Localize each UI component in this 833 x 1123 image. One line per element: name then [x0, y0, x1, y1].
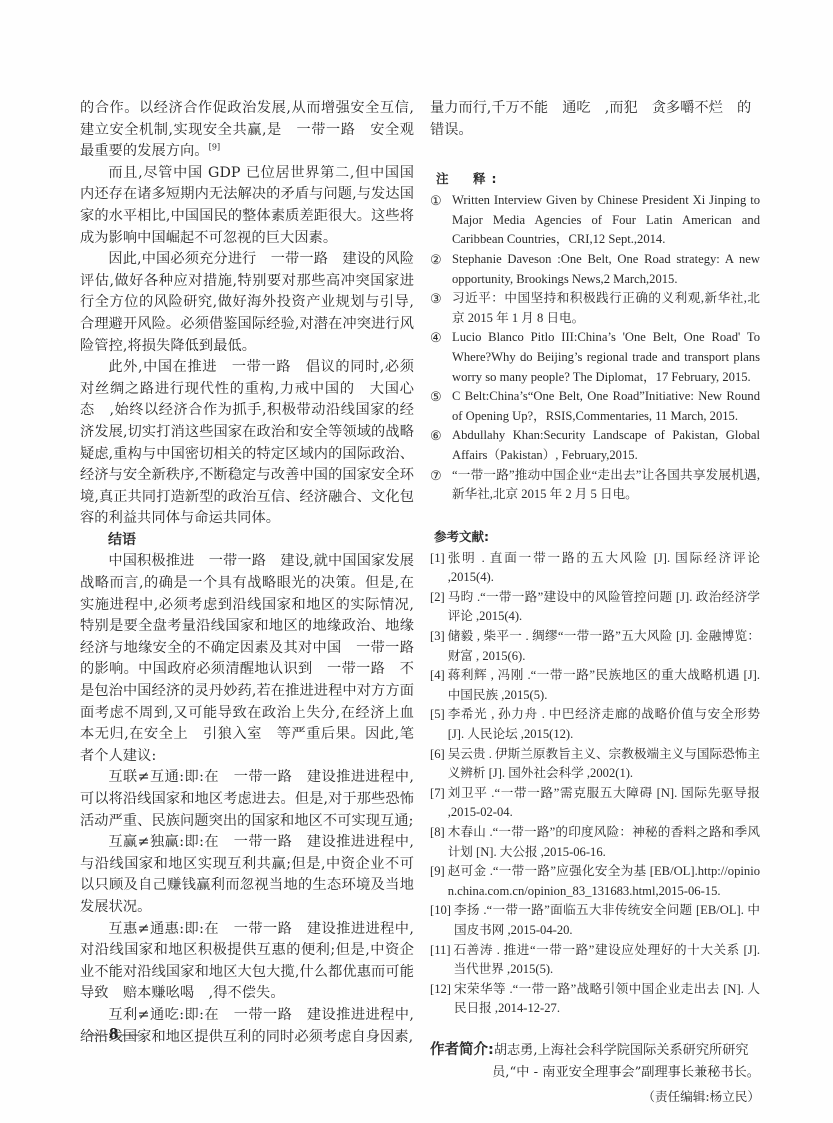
reference-text: 马昀 .“一带一路”建设中的风险管控问题 [J]. 政治经济学评论 ,2015(…	[448, 588, 760, 627]
paragraph-text: 的合作。以经济合作促政治发展,从而增强安全互信,建立安全机制,实现安全共赢,是 …	[80, 100, 414, 159]
reference-number: [6]	[430, 745, 448, 784]
note-item: ⑦“一带一路”推动中国企业“走出去”让各国共享发展机遇,新华社,北京 2015 …	[430, 466, 760, 505]
reference-item: [9]赵可金 .“一带一路”应强化安全为基 [EB/OL].http://opi…	[430, 862, 760, 901]
note-number: ③	[430, 289, 452, 328]
reference-number: [9]	[430, 862, 448, 901]
note-text: Abdullahy Khan:Security Landscape of Pak…	[452, 426, 760, 465]
reference-text: 蒋利辉 , 冯刚 .“一带一路”民族地区的重大战略机遇 [J]. 中国民族 ,2…	[448, 666, 760, 705]
reference-item: [2]马昀 .“一带一路”建设中的风险管控问题 [J]. 政治经济学评论 ,20…	[430, 588, 760, 627]
note-item: ③习近平：中国坚持和积极践行正确的义利观,新华社,北京 2015 年 1 月 8…	[430, 289, 760, 328]
reference-text: 李扬 .“一带一路”面临五大非传统安全问题 [EB/OL]. 中国皮书网 ,20…	[454, 901, 760, 940]
reference-number: [5]	[430, 705, 448, 744]
page-number-dash-left: —	[88, 1024, 105, 1043]
reference-text: 宋荣华等 .“一带一路”战略引领中国企业走出去 [N]. 人民日报 ,2014-…	[454, 980, 760, 1019]
page-number-dash-right: —	[122, 1024, 139, 1043]
note-item: ⑤C Belt:China’s“One Belt, One Road”Initi…	[430, 387, 760, 426]
note-number: ④	[430, 328, 452, 387]
note-text: C Belt:China’s“One Belt, One Road”Initia…	[452, 387, 760, 426]
note-item: ②Stephanie Daveson :One Belt, One Road s…	[430, 250, 760, 289]
reference-text: 木春山 .“一带一路”的印度风险：神秘的香料之路和季风计划 [N]. 大公报 ,…	[448, 823, 760, 862]
author-bio-line: 作者简介:胡志勇,上海社会科学院国际关系研究所研究	[430, 1039, 760, 1062]
note-text: Lucio Blanco Pitlo III:China’s 'One Belt…	[452, 328, 760, 387]
reference-item: [1]张明 . 直面一带一路的五大风险 [J]. 国际经济评论 ,2015(4)…	[430, 549, 760, 588]
note-number: ②	[430, 250, 452, 289]
reference-item: [11]石善涛 . 推进“一带一路”建设应处理好的十大关系 [J]. 当代世界 …	[430, 941, 760, 980]
section-heading: 结语	[80, 530, 414, 552]
continuation-paragraph: 量力而行,千万不能 通吃 ,而犯 贪多嚼不烂 的错误。	[430, 98, 760, 141]
reference-number: [4]	[430, 666, 448, 705]
reference-number: [10]	[430, 901, 454, 940]
note-item: ①Written Interview Given by Chinese Pres…	[430, 191, 760, 250]
note-number: ⑤	[430, 387, 452, 426]
reference-item: [4]蒋利辉 , 冯刚 .“一带一路”民族地区的重大战略机遇 [J]. 中国民族…	[430, 666, 760, 705]
note-text: Written Interview Given by Chinese Presi…	[452, 191, 760, 250]
reference-number: [2]	[430, 588, 448, 627]
author-bio-line: 员,“中 - 南亚安全理事会”副理事长兼秘书长。	[430, 1062, 760, 1084]
note-item: ⑥Abdullahy Khan:Security Landscape of Pa…	[430, 426, 760, 465]
reference-item: [12]宋荣华等 .“一带一路”战略引领中国企业走出去 [N]. 人民日报 ,2…	[430, 980, 760, 1019]
reference-number: [12]	[430, 980, 454, 1019]
page-number-value: 8	[109, 1024, 118, 1043]
document-page: 的合作。以经济合作促政治发展,从而增强安全互信,建立安全机制,实现安全共赢,是 …	[0, 0, 833, 1123]
reference-item: [3]储毅 , 柴平一 . 绸缪“一带一路”五大风险 [J]. 金融博览：财富 …	[430, 627, 760, 666]
body-paragraph: 的合作。以经济合作促政治发展,从而增强安全互信,建立安全机制,实现安全共赢,是 …	[80, 98, 414, 163]
body-paragraph: 互联≠互通:即:在 一带一路 建设推进进程中,可以将沿线国家和地区考虑进去。但是…	[80, 767, 414, 832]
body-paragraph: 因此,中国必须充分进行 一带一路 建设的风险评估,做好各种应对措施,特别要对那些…	[80, 249, 414, 357]
author-bio: 作者简介:胡志勇,上海社会科学院国际关系研究所研究 员,“中 - 南亚安全理事会…	[430, 1039, 760, 1108]
reference-text: 吴云贵 . 伊斯兰原教旨主义、宗教极端主义与国际恐怖主义辨析 [J]. 国外社会…	[448, 745, 760, 784]
reference-number: [7]	[430, 784, 448, 823]
note-number: ⑥	[430, 426, 452, 465]
body-paragraph: 而且,尽管中国 GDP 已位居世界第二,但中国国内还存在诸多短期内无法解决的矛盾…	[80, 163, 414, 249]
notes-list: ①Written Interview Given by Chinese Pres…	[430, 191, 760, 505]
notes-heading: 注 释:	[436, 169, 760, 187]
reference-text: 赵可金 .“一带一路”应强化安全为基 [EB/OL].http://opinio…	[448, 862, 760, 901]
references-list: [1]张明 . 直面一带一路的五大风险 [J]. 国际经济评论 ,2015(4)…	[430, 549, 760, 1019]
note-number: ⑦	[430, 466, 452, 505]
reference-text: 李希光 , 孙力舟 . 中巴经济走廊的战略价值与安全形势 [J]. 人民论坛 ,…	[448, 705, 760, 744]
note-text: “一带一路”推动中国企业“走出去”让各国共享发展机遇,新华社,北京 2015 年…	[452, 466, 760, 505]
reference-number: [3]	[430, 627, 448, 666]
reference-item: [5]李希光 , 孙力舟 . 中巴经济走廊的战略价值与安全形势 [J]. 人民论…	[430, 705, 760, 744]
reference-number: [8]	[430, 823, 448, 862]
reference-text: 石善涛 . 推进“一带一路”建设应处理好的十大关系 [J]. 当代世界 ,201…	[454, 941, 760, 980]
author-bio-text: 胡志勇,上海社会科学院国际关系研究所研究	[494, 1043, 749, 1058]
citation-marker: [9]	[209, 142, 221, 151]
body-paragraph: 此外,中国在推进 一带一路 倡议的同时,必须对丝绸之路进行现代性的重构,力戒中国…	[80, 357, 414, 530]
reference-number: [11]	[430, 941, 454, 980]
note-item: ④Lucio Blanco Pitlo III:China’s 'One Bel…	[430, 328, 760, 387]
reference-item: [8]木春山 .“一带一路”的印度风险：神秘的香料之路和季风计划 [N]. 大公…	[430, 823, 760, 862]
reference-text: 张明 . 直面一带一路的五大风险 [J]. 国际经济评论 ,2015(4).	[448, 549, 760, 588]
references-heading: 参考文献:	[434, 527, 760, 545]
right-column: 量力而行,千万不能 通吃 ,而犯 贪多嚼不烂 的错误。 注 释: ①Writte…	[430, 98, 760, 1108]
reference-text: 储毅 , 柴平一 . 绸缪“一带一路”五大风险 [J]. 金融博览：财富 , 2…	[448, 627, 760, 666]
reference-item: [6]吴云贵 . 伊斯兰原教旨主义、宗教极端主义与国际恐怖主义辨析 [J]. 国…	[430, 745, 760, 784]
reference-text: 刘卫平 .“一带一路”需克服五大障碍 [N]. 国际先驱导报 ,2015-02-…	[448, 784, 760, 823]
left-column: 的合作。以经济合作促政治发展,从而增强安全互信,建立安全机制,实现安全共赢,是 …	[80, 98, 414, 1048]
note-number: ①	[430, 191, 452, 250]
body-paragraph: 中国积极推进 一带一路 建设,就中国国家发展战略而言,的确是一个具有战略眼光的决…	[80, 551, 414, 767]
reference-number: [1]	[430, 549, 448, 588]
editor-credit: （责任编辑:杨立民）	[430, 1086, 760, 1108]
reference-item: [10]李扬 .“一带一路”面临五大非传统安全问题 [EB/OL]. 中国皮书网…	[430, 901, 760, 940]
page-number: — 8 —	[88, 1024, 139, 1044]
body-paragraph: 互赢≠独赢:即:在 一带一路 建设推进进程中,与沿线国家和地区实现互利共赢;但是…	[80, 832, 414, 918]
note-text: Stephanie Daveson :One Belt, One Road st…	[452, 250, 760, 289]
author-bio-label: 作者简介:	[430, 1042, 494, 1058]
note-text: 习近平：中国坚持和积极践行正确的义利观,新华社,北京 2015 年 1 月 8 …	[452, 289, 760, 328]
reference-item: [7]刘卫平 .“一带一路”需克服五大障碍 [N]. 国际先驱导报 ,2015-…	[430, 784, 760, 823]
body-paragraph: 互惠≠通惠:即:在 一带一路 建设推进进程中,对沿线国家和地区积极提供互惠的便利…	[80, 919, 414, 1005]
